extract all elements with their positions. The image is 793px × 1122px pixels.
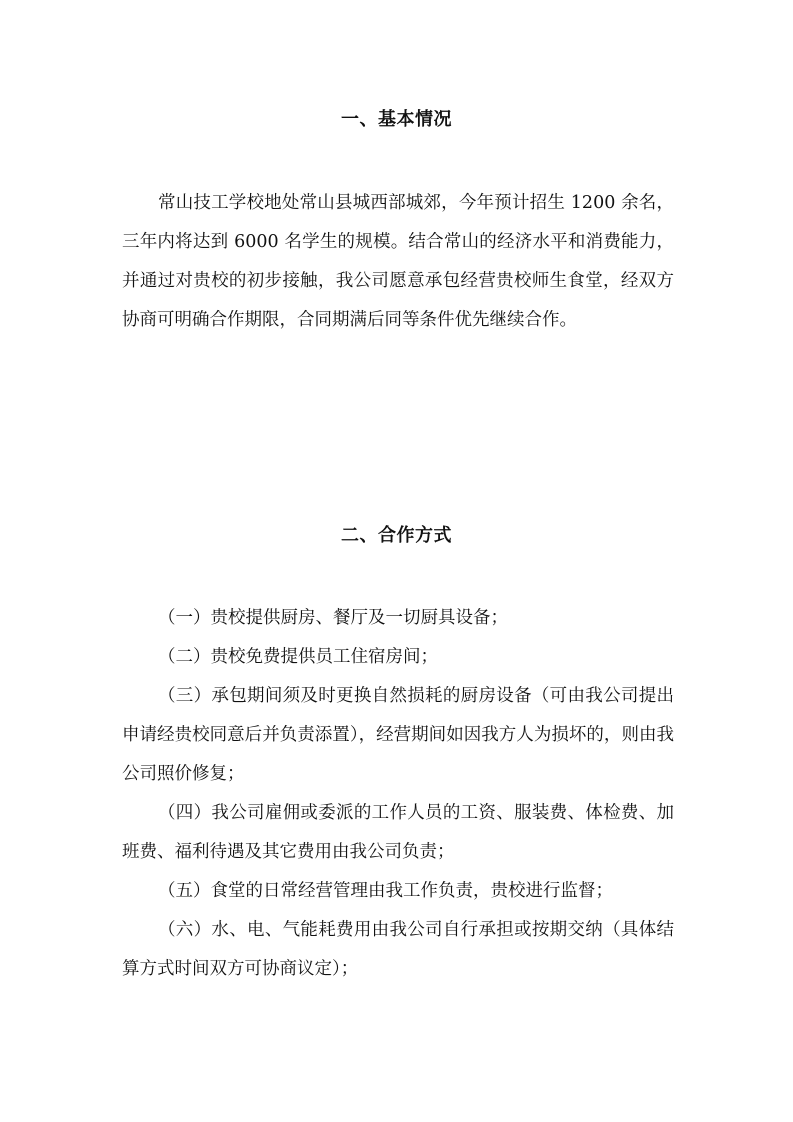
- list-item-5: （五）食堂的日常经营管理由我工作负责，贵校进行监督；: [122, 872, 674, 911]
- section-heading-cooperation-method: 二、合作方式: [0, 521, 793, 547]
- list-item-1: （一）贵校提供厨房、餐厅及一切厨具设备；: [122, 599, 674, 638]
- list-item-2: （二）贵校免费提供员工住宿房间；: [122, 638, 674, 677]
- list-item-3: （三）承包期间须及时更换自然损耗的厨房设备（可由我公司提出申请经贵校同意后并负责…: [122, 677, 674, 794]
- list-item-4: （四）我公司雇佣或委派的工作人员的工资、服装费、体检费、加班费、福利待遇及其它费…: [122, 794, 674, 872]
- cooperation-items-list: （一）贵校提供厨房、餐厅及一切厨具设备； （二）贵校免费提供员工住宿房间； （三…: [122, 599, 674, 989]
- document-page: 一、基本情况 常山技工学校地处常山县城西部城郊，今年预计招生 1200 余名，三…: [0, 0, 793, 1122]
- list-item-6: （六）水、电、气能耗费用由我公司自行承担或按期交纳（具体结算方式时间双方可协商议…: [122, 911, 674, 989]
- section-paragraph-basic-situation: 常山技工学校地处常山县城西部城郊，今年预计招生 1200 余名，三年内将达到 6…: [122, 184, 674, 340]
- section-heading-basic-situation: 一、基本情况: [0, 105, 793, 131]
